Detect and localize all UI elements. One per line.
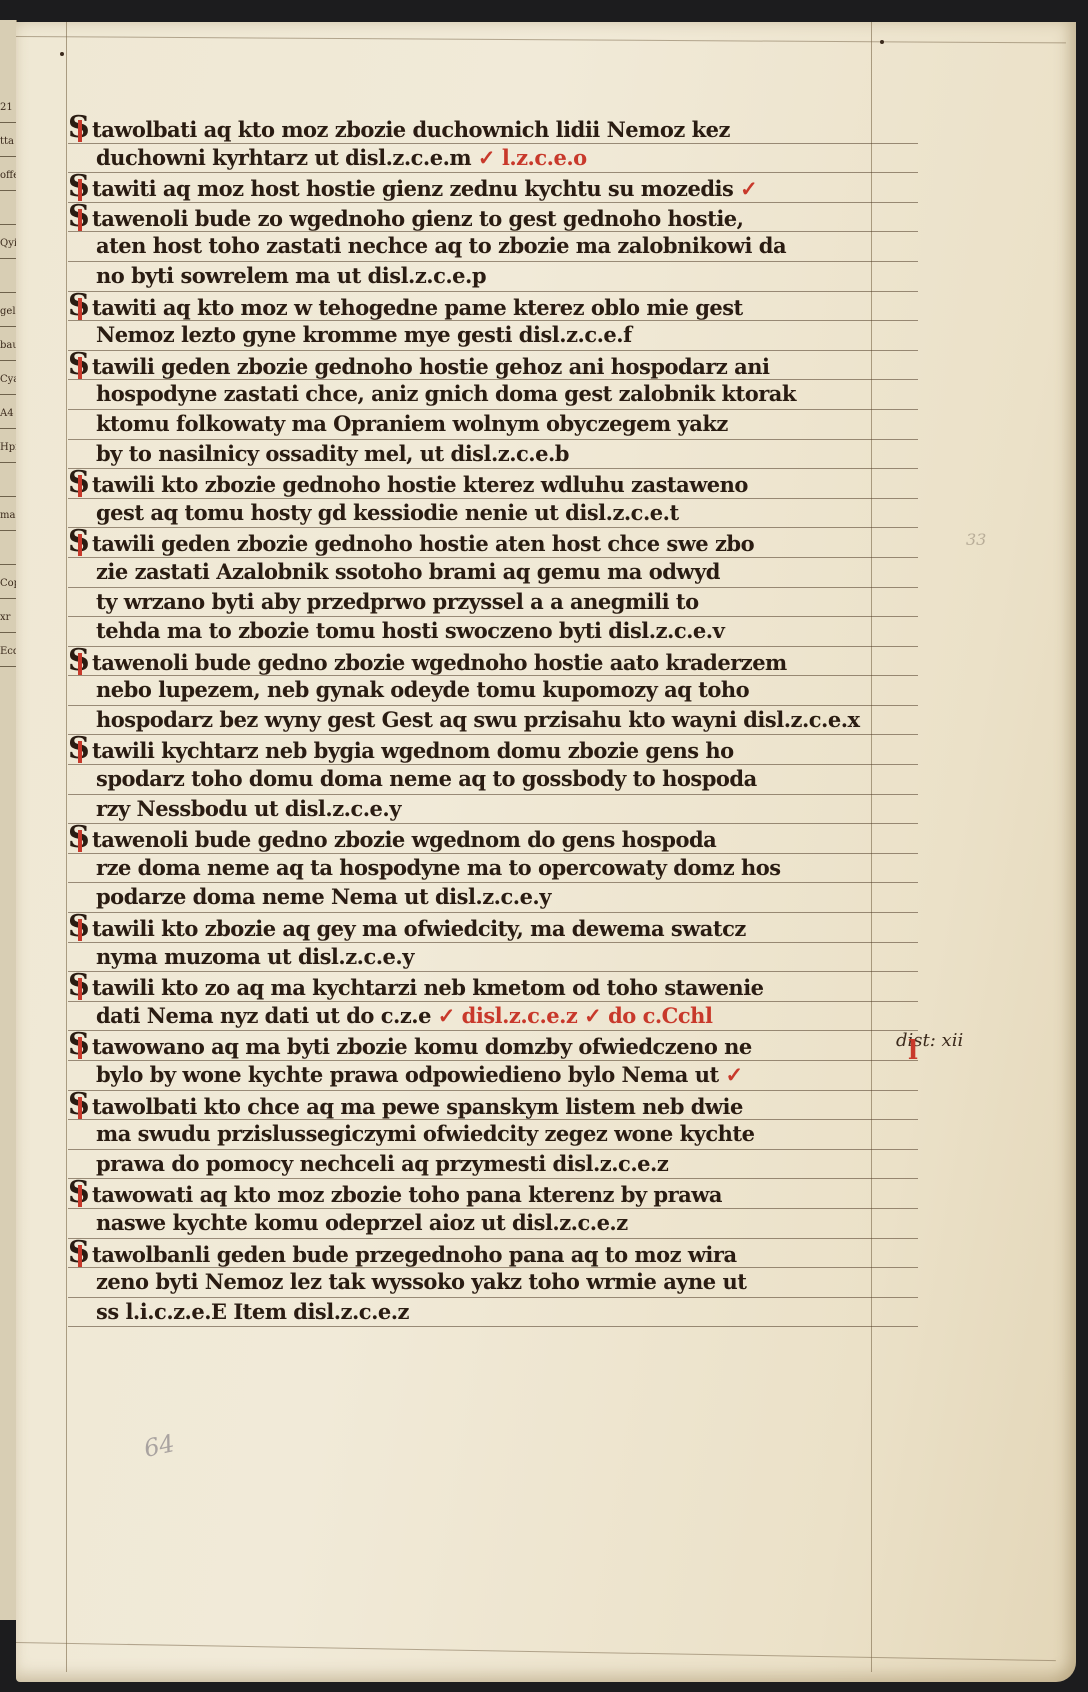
previous-page-fragment: Hpi [0, 442, 16, 463]
left-margin-rule [66, 22, 67, 1672]
line-text: tawenoli bude gedno zbozie wgednoho host… [92, 650, 787, 675]
line-text: by to nasilnicy ossadity mel, ut disl.z.… [96, 441, 569, 466]
line-text: tehda ma to zbozie tomu hosti swoczeno b… [96, 618, 724, 643]
line-text: tawili kto zbozie aq gey ma ofwiedcity, … [92, 916, 746, 941]
manuscript-line: no byti sowrelem ma ut disl.z.c.e.p [68, 262, 918, 292]
manuscript-line: Stawiti aq moz host hostie gienz zednu k… [68, 173, 918, 203]
manuscript-line: Stawolbanli geden bude przegednoho pana … [68, 1239, 918, 1269]
rubricated-initial: S [68, 1179, 92, 1208]
manuscript-line: hospodyne zastati chce, aniz gnich doma … [68, 380, 918, 410]
manuscript-line: zie zastati Azalobnik ssotoho brami aq g… [68, 558, 918, 588]
rubric-annotation: ✓ [733, 176, 757, 201]
previous-page-fragment: Ecd [0, 646, 16, 667]
line-text: tawili kto zbozie gednoho hostie kterez … [92, 472, 748, 497]
manuscript-leaf: Stawolbati aq kto moz zbozie duchownich … [16, 22, 1076, 1682]
folio-number: 64 [141, 1429, 177, 1463]
manuscript-line: aten host toho zastati nechce aq to zboz… [68, 232, 918, 262]
line-text: tawiti aq kto moz w tehogedne pame ktere… [92, 295, 743, 320]
rubricated-initial: S [68, 913, 92, 942]
top-rule [16, 36, 1066, 43]
line-text: tawiti aq moz host hostie gienz zednu ky… [92, 176, 733, 201]
previous-page-fragment [0, 204, 16, 225]
line-text: podarze doma neme Nema ut disl.z.c.e.y [96, 884, 551, 909]
rubricated-initial: S [68, 1031, 92, 1060]
line-text: naswe kychte komu odeprzel aioz ut disl.… [96, 1210, 628, 1235]
line-text: ty wrzano byti aby przedprwo przyssel a … [96, 589, 699, 614]
line-text: duchowni kyrhtarz ut disl.z.c.e.m [96, 145, 471, 170]
manuscript-line: hospodarz bez wyny gest Gest aq swu przi… [68, 706, 918, 736]
rubricated-initial: S [68, 647, 92, 676]
manuscript-line: Stawenoli bude gedno zbozie wgednom do g… [68, 824, 918, 854]
previous-page-fragment: Copa [0, 578, 16, 599]
manuscript-line: Stawili geden zbozie gednoho hostie aten… [68, 528, 918, 558]
previous-page-fragment: gel [0, 306, 16, 327]
line-text: tawolbati kto chce aq ma pewe spanskym l… [92, 1094, 743, 1119]
line-text: zie zastati Azalobnik ssotoho brami aq g… [96, 559, 720, 584]
previous-page-fragment [0, 544, 16, 565]
manuscript-line: zeno byti Nemoz lez tak wyssoko yakz toh… [68, 1268, 918, 1298]
rubricated-initial: S [68, 469, 92, 498]
previous-page-edge: 21ttaoffeQyigelbauCyaA4HpimaCopaxrEcd [0, 20, 17, 1620]
previous-page-fragment: tta [0, 136, 16, 157]
manuscript-line: gest aq tomu hosty gd kessiodie nenie ut… [68, 499, 918, 529]
manuscript-line: Stawili kychtarz neb bygia wgednom domu … [68, 735, 918, 765]
line-text: dati Nema nyz dati ut do c.z.e [96, 1003, 431, 1028]
line-text: tawolbati aq kto moz zbozie duchownich l… [92, 117, 730, 142]
margin-note-rubric: l [908, 1036, 918, 1066]
line-text: hospodyne zastati chce, aniz gnich doma … [96, 381, 796, 406]
rubricated-initial: S [68, 292, 92, 321]
manuscript-line: by to nasilnicy ossadity mel, ut disl.z.… [68, 440, 918, 470]
line-text: rzy Nessbodu ut disl.z.c.e.y [96, 796, 401, 821]
line-text: no byti sowrelem ma ut disl.z.c.e.p [96, 263, 486, 288]
previous-page-fragment: Qyi [0, 238, 16, 259]
rubric-annotation: ✓ [719, 1062, 743, 1087]
manuscript-line: nyma muzoma ut disl.z.c.e.y [68, 943, 918, 973]
manuscript-line: ty wrzano byti aby przedprwo przyssel a … [68, 588, 918, 618]
line-text: hospodarz bez wyny gest Gest aq swu przi… [96, 707, 860, 732]
manuscript-line: tehda ma to zbozie tomu hosti swoczeno b… [68, 617, 918, 647]
line-text: tawenoli bude gedno zbozie wgednom do ge… [92, 827, 716, 852]
line-text: tawenoli bude zo wgednoho gienz to gest … [92, 206, 743, 231]
manuscript-line: prawa do pomocy nechceli aq przymesti di… [68, 1150, 918, 1180]
line-text: bylo by wone kychte prawa odpowiedieno b… [96, 1062, 719, 1087]
line-text: gest aq tomu hosty gd kessiodie nenie ut… [96, 500, 679, 525]
manuscript-line: rze doma neme aq ta hospodyne ma to oper… [68, 854, 918, 884]
line-text: ma swudu przislussegiczymi ofwiedcity ze… [96, 1121, 754, 1146]
line-text: tawowati aq kto moz zbozie toho pana kte… [92, 1182, 722, 1207]
manuscript-line: nebo lupezem, neb gynak odeyde tomu kupo… [68, 676, 918, 706]
previous-page-fragment: xr [0, 612, 16, 633]
manuscript-line: Stawowano aq ma byti zbozie komu domzby … [68, 1031, 918, 1061]
previous-page-fragment: A4 [0, 408, 16, 429]
line-text: nebo lupezem, neb gynak odeyde tomu kupo… [96, 677, 749, 702]
rubricated-initial: S [68, 1091, 92, 1120]
manuscript-line: rzy Nessbodu ut disl.z.c.e.y [68, 795, 918, 825]
line-text: tawili geden zbozie gednoho hostie aten … [92, 531, 754, 556]
text-block: Stawolbati aq kto moz zbozie duchownich … [68, 114, 918, 1327]
manuscript-line: Stawiti aq kto moz w tehogedne pame kter… [68, 292, 918, 322]
rubricated-initial: S [68, 203, 92, 232]
manuscript-line: spodarz toho domu doma neme aq to gossbo… [68, 765, 918, 795]
previous-page-fragment: 21 [0, 102, 16, 123]
manuscript-line: Nemoz lezto gyne kromme mye gesti disl.z… [68, 321, 918, 351]
line-text: tawowano aq ma byti zbozie komu domzby o… [92, 1034, 752, 1059]
prick-mark [880, 40, 884, 44]
bottom-rule [16, 1642, 1056, 1661]
line-text: ktomu folkowaty ma Opraniem wolnym obycz… [96, 411, 728, 436]
manuscript-line: ma swudu przislussegiczymi ofwiedcity ze… [68, 1120, 918, 1150]
manuscript-line: Stawenoli bude gedno zbozie wgednoho hos… [68, 647, 918, 677]
manuscript-line: Stawili kto zbozie gednoho hostie kterez… [68, 469, 918, 499]
manuscript-line: ktomu folkowaty ma Opraniem wolnym obycz… [68, 410, 918, 440]
margin-note-faint: 33 [966, 530, 986, 549]
rubric-annotation: ✓ l.z.c.e.o [471, 145, 587, 170]
line-text: aten host toho zastati nechce aq to zboz… [96, 233, 786, 258]
manuscript-line: podarze doma neme Nema ut disl.z.c.e.y [68, 883, 918, 913]
rubricated-initial: S [68, 351, 92, 380]
line-text: prawa do pomocy nechceli aq przymesti di… [96, 1151, 668, 1176]
manuscript-line: Stawowati aq kto moz zbozie toho pana kt… [68, 1179, 918, 1209]
manuscript-line: Stawolbati aq kto moz zbozie duchownich … [68, 114, 918, 144]
line-text: tawili kychtarz neb bygia wgednom domu z… [92, 738, 734, 763]
manuscript-line: bylo by wone kychte prawa odpowiedieno b… [68, 1061, 918, 1091]
line-text: zeno byti Nemoz lez tak wyssoko yakz toh… [96, 1269, 746, 1294]
manuscript-line: Stawenoli bude zo wgednoho gienz to gest… [68, 203, 918, 233]
previous-page-fragment: offe [0, 170, 16, 191]
rubric-annotation: ✓ disl.z.c.e.z ✓ do c.Cchl [431, 1003, 712, 1028]
line-text: rze doma neme aq ta hospodyne ma to oper… [96, 855, 781, 880]
rubricated-initial: S [68, 114, 92, 143]
manuscript-line: Stawili kto zbozie aq gey ma ofwiedcity,… [68, 913, 918, 943]
previous-page-fragment [0, 272, 16, 293]
manuscript-line: naswe kychte komu odeprzel aioz ut disl.… [68, 1209, 918, 1239]
line-text: tawolbanli geden bude przegednoho pana a… [92, 1242, 737, 1267]
rubricated-initial: S [68, 1239, 92, 1268]
manuscript-line: duchowni kyrhtarz ut disl.z.c.e.m ✓ l.z.… [68, 144, 918, 174]
previous-page-fragment: bau [0, 340, 16, 361]
rubricated-initial: S [68, 528, 92, 557]
previous-page-fragment [0, 476, 16, 497]
manuscript-line: Stawili geden zbozie gednoho hostie geho… [68, 351, 918, 381]
rubricated-initial: S [68, 972, 92, 1001]
manuscript-line: dati Nema nyz dati ut do c.z.e ✓ disl.z.… [68, 1002, 918, 1032]
rubricated-initial: S [68, 173, 92, 202]
line-text: nyma muzoma ut disl.z.c.e.y [96, 944, 414, 969]
manuscript-line: ss l.i.c.z.e.E Item disl.z.c.e.z [68, 1298, 918, 1328]
manuscript-line: Stawili kto zo aq ma kychtarzi neb kmeto… [68, 972, 918, 1002]
line-text: Nemoz lezto gyne kromme mye gesti disl.z… [96, 322, 632, 347]
line-text: ss l.i.c.z.e.E Item disl.z.c.e.z [96, 1299, 409, 1324]
rubricated-initial: S [68, 735, 92, 764]
manuscript-line: Stawolbati kto chce aq ma pewe spanskym … [68, 1091, 918, 1121]
rubricated-initial: S [68, 824, 92, 853]
margin-note-dist: dist: xii [896, 1030, 963, 1051]
previous-page-fragment: ma [0, 510, 16, 531]
prick-mark [60, 52, 64, 56]
previous-page-fragment: Cya [0, 374, 16, 395]
line-text: tawili kto zo aq ma kychtarzi neb kmetom… [92, 975, 764, 1000]
line-text: spodarz toho domu doma neme aq to gossbo… [96, 766, 757, 791]
line-text: tawili geden zbozie gednoho hostie gehoz… [92, 354, 769, 379]
